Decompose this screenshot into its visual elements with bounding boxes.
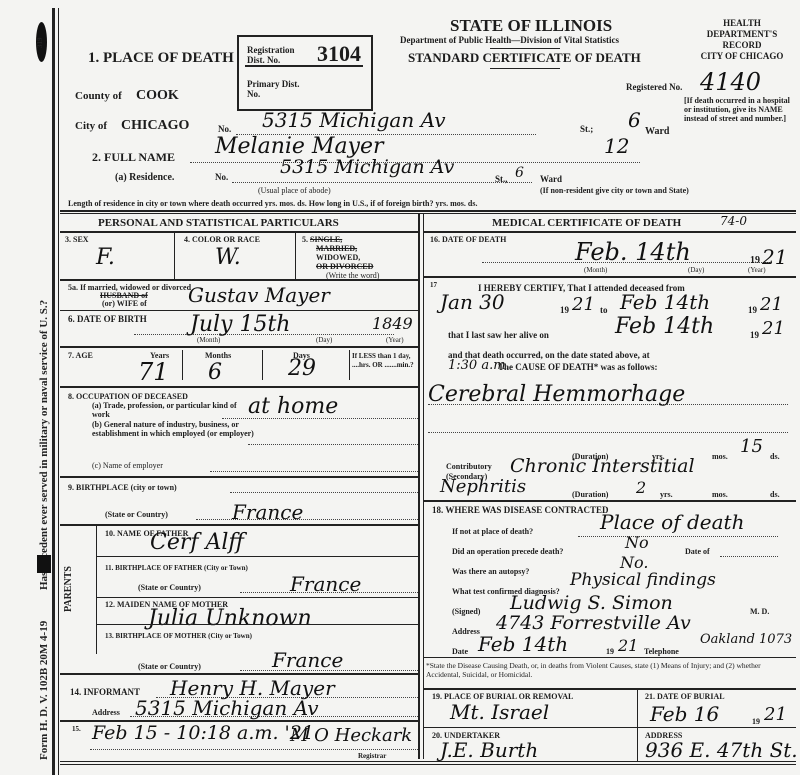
- residence-no-label: No.: [215, 172, 228, 182]
- dotted-line: [578, 536, 778, 537]
- signed-label: (Signed): [452, 607, 480, 616]
- marital-option-single: SINGLE,: [310, 235, 342, 244]
- dob-day-label: (Day): [316, 336, 332, 344]
- residence-label: (a) Residence.: [115, 172, 174, 183]
- divider: [96, 597, 418, 598]
- informant-label: 14. INFORMANT: [70, 687, 140, 697]
- registered-number: 4140: [700, 68, 761, 96]
- father-value: Cerf Alff: [150, 530, 244, 555]
- age-years: 71: [138, 358, 169, 386]
- registration-label: Registration Dist. No.: [247, 45, 302, 65]
- dotted-line: [232, 182, 532, 183]
- father-birthplace-label: 11. BIRTHPLACE OF FATHER (City or Town): [105, 564, 248, 572]
- divider: [96, 624, 418, 625]
- operation-value: No: [625, 533, 649, 552]
- race-value: W.: [215, 245, 241, 270]
- burial-place-value: Mt. Israel: [450, 700, 549, 724]
- dob-label: 6. DATE OF BIRTH: [68, 314, 147, 324]
- divider: [424, 231, 796, 233]
- dotted-line: [720, 556, 778, 557]
- full-name-extra: 12: [604, 134, 629, 158]
- county-value: COOK: [136, 88, 179, 104]
- dob-year: 1849: [372, 314, 413, 333]
- divider: [96, 524, 97, 654]
- parents-label: PARENTS: [63, 566, 74, 612]
- divider: [60, 476, 418, 478]
- dod-label: 16. DATE OF DEATH: [430, 235, 506, 244]
- sex-value: F.: [96, 245, 115, 270]
- burial-date-label: 21. DATE OF BURIAL: [645, 692, 725, 701]
- attended-from: Jan 30: [440, 290, 505, 314]
- birthplace-label: 9. BIRTHPLACE (city or town): [68, 483, 177, 492]
- full-name-label: 2. FULL NAME: [92, 150, 175, 165]
- item-17-number: 17: [430, 281, 437, 289]
- place-of-death-label: 1. PLACE OF DEATH: [88, 50, 234, 67]
- dob-year-label: (Year): [386, 336, 404, 344]
- mother-birthplace-value: France: [272, 648, 343, 672]
- record-line: RECORD: [690, 40, 794, 51]
- record-line: HEALTH: [690, 18, 794, 29]
- dotted-line: [210, 471, 418, 472]
- filed-value: Feb 15 - 10:18 a.m. '21: [92, 722, 314, 744]
- city-value: CHICAGO: [121, 118, 189, 134]
- duration-secondary-yrs: yrs.: [660, 490, 673, 499]
- physician-address: 4743 Forrestville Av: [496, 612, 691, 634]
- divider: [182, 350, 183, 380]
- dotted-line: [230, 492, 418, 493]
- duration-secondary-label: (Duration): [572, 490, 608, 499]
- divider: [60, 279, 418, 281]
- dod-year-label: (Year): [748, 266, 766, 274]
- physician-date-label: Date: [452, 647, 468, 656]
- telephone-label: Telephone: [644, 647, 679, 656]
- divider: [174, 231, 175, 279]
- cause-footnote: *State the Disease Causing Death, or, in…: [426, 661, 796, 679]
- residence-value: 5315 Michigan Av: [280, 156, 454, 178]
- marital-status-options: 5. SINGLE, MARRIED, WIDOWED, OR DIVORCED…: [302, 235, 379, 280]
- last-saw-label: that I last saw her alive on: [448, 330, 549, 340]
- dod-month-label: (Month): [584, 266, 607, 274]
- signed-value: Ludwig S. Simon: [510, 592, 673, 614]
- county-label: County of: [75, 90, 122, 102]
- marital-option-widowed: WIDOWED,: [302, 253, 360, 262]
- divider: [424, 500, 796, 502]
- duration-mos-label: mos.: [712, 452, 728, 461]
- marital-option-married: MARRIED,: [302, 244, 357, 253]
- mother-value: Julia Unknown: [148, 606, 312, 631]
- mother-birthplace-state-label: (State or Country): [138, 662, 201, 671]
- divider: [490, 48, 560, 49]
- occupation-label: 8. OCCUPATION OF DECEASED: [68, 392, 188, 401]
- last-saw-year-prefix: 19: [750, 330, 759, 340]
- informant-address: 5315 Michigan Av: [135, 696, 319, 720]
- undertaker-address: 936 E. 47th St.: [645, 738, 798, 762]
- attended-to-year: 21: [760, 294, 783, 315]
- occupation-c-label: (c) Name of employer: [92, 461, 163, 470]
- dob-value: July 15th: [190, 312, 290, 337]
- divider: [424, 688, 796, 690]
- health-dept-record: HEALTH DEPARTMENT'S RECORD CITY OF CHICA…: [690, 18, 794, 62]
- divider: [349, 350, 350, 380]
- place-no-label: No.: [218, 124, 231, 134]
- pointing-hand-icon: [37, 555, 51, 573]
- attended-from-year: 21: [572, 294, 595, 315]
- hospital-note: [If death occurred in a hospital or inst…: [684, 96, 796, 123]
- where-contracted-label: 18. WHERE WAS DISEASE CONTRACTED: [432, 505, 608, 515]
- record-line: CITY OF CHICAGO: [690, 51, 794, 62]
- father-birthplace-value: France: [290, 572, 361, 596]
- marital-option-divorced: OR DIVORCED: [302, 262, 373, 271]
- form-id: Form H. D. V. 102B 20M 4-19: [38, 621, 50, 760]
- registration-number: 3104: [317, 41, 361, 67]
- ward-label: Ward: [645, 126, 669, 137]
- spouse-label-3: (or) WIFE of: [102, 299, 147, 308]
- physician-date-year-prefix: 19: [606, 647, 614, 656]
- father-birthplace-state-label: (State or Country): [138, 583, 201, 592]
- months-label: Months: [205, 351, 231, 360]
- divider: [295, 231, 296, 279]
- to-label: to: [600, 305, 608, 315]
- burial-date-value: Feb 16: [650, 702, 719, 726]
- divider: [262, 350, 263, 380]
- contributory-value-1: Chronic Interstitial: [510, 455, 695, 477]
- nonresident-note: (If non-resident give city or town and S…: [540, 186, 689, 195]
- md-label: M. D.: [750, 607, 769, 616]
- occupation-a-label: (a) Trade, profession, or particular kin…: [92, 401, 252, 419]
- residence-ward-label: Ward: [540, 174, 562, 184]
- registrar-label: Registrar: [358, 752, 386, 760]
- spouse-value: Gustav Mayer: [188, 283, 330, 307]
- abode-note: (Usual place of abode): [258, 186, 331, 195]
- divider: [60, 673, 418, 675]
- last-saw-year: 21: [762, 318, 785, 339]
- divider: [60, 764, 796, 765]
- dotted-line: [90, 749, 418, 750]
- divider: [96, 556, 418, 557]
- divider: [424, 276, 796, 278]
- age-days: 29: [288, 356, 316, 381]
- dotted-line: [428, 432, 788, 433]
- divider: [60, 386, 418, 388]
- attended-to: Feb 14th: [620, 290, 710, 314]
- divider: [60, 310, 418, 311]
- registration-box: Registration Dist. No. 3104 Primary Dist…: [237, 35, 373, 111]
- not-place-label: If not at place of death?: [452, 527, 533, 536]
- filed-label: 15.: [72, 725, 81, 733]
- occupation-value: at home: [248, 394, 338, 419]
- divider: [60, 231, 418, 233]
- record-line: DEPARTMENT'S: [690, 29, 794, 40]
- age-label: 7. AGE: [68, 351, 93, 360]
- divider: [60, 213, 796, 214]
- residence-st-label: St.,: [495, 174, 508, 184]
- test-value: Physical findings: [570, 570, 716, 590]
- attended-to-year-prefix: 19: [748, 305, 757, 315]
- registered-no-label: Registered No.: [626, 82, 682, 92]
- dob-month-label: (Month): [197, 336, 220, 344]
- burial-year: 21: [764, 704, 787, 725]
- medical-code: 74-0: [720, 214, 747, 228]
- column-divider: [423, 214, 424, 759]
- divider: [60, 346, 418, 348]
- divider: [60, 210, 796, 212]
- dotted-line: [196, 519, 418, 520]
- certificate-title: STANDARD CERTIFICATE OF DEATH: [408, 50, 641, 66]
- sex-label: 3. SEX: [65, 235, 89, 244]
- dod-year-prefix: 19: [750, 255, 760, 266]
- margin-border-line: [52, 8, 55, 775]
- residence-ward: 6: [515, 165, 524, 181]
- informant-address-label: Address: [92, 708, 120, 717]
- operation-label: Did an operation precede death?: [452, 547, 563, 556]
- birthplace-state-label: (State or Country): [105, 510, 168, 519]
- divider: [60, 524, 418, 526]
- margin-border-line-inner: [58, 8, 59, 775]
- personal-section-title: PERSONAL AND STATISTICAL PARTICULARS: [98, 217, 339, 229]
- last-saw-value: Feb 14th: [615, 314, 714, 339]
- city-label: City of: [75, 120, 107, 132]
- date-of-label: Date of: [685, 547, 710, 556]
- divider: [245, 65, 363, 67]
- medical-section-title: MEDICAL CERTIFICATE OF DEATH: [492, 217, 681, 229]
- age-months: 6: [208, 360, 222, 385]
- military-service-question: Has decedent ever served in military or …: [38, 300, 50, 590]
- divider: [424, 657, 796, 658]
- divider: [637, 688, 638, 761]
- less-than-day-label: If LESS than 1 day, ....hrs. OR .......m…: [352, 352, 418, 370]
- cause-label: The CAUSE OF DEATH* was as follows:: [498, 362, 658, 372]
- column-divider: [418, 214, 420, 759]
- primary-dist-label: Primary Dist. No.: [247, 79, 302, 99]
- duration-secondary: 2: [636, 478, 646, 497]
- attended-from-year-prefix: 19: [560, 305, 569, 315]
- birthplace-value: France: [232, 500, 303, 524]
- autopsy-label: Was there an autopsy?: [452, 567, 529, 576]
- registrar-name: M O Heckark: [290, 725, 412, 746]
- occupation-b-label: (b) General nature of industry, business…: [92, 420, 257, 438]
- state-title: STATE OF ILLINOIS: [450, 16, 612, 36]
- dod-value: Feb. 14th: [575, 238, 691, 266]
- not-place-value: Place of death: [600, 510, 744, 534]
- undertaker-value: J.E. Burth: [440, 738, 538, 762]
- dod-day-label: (Day): [688, 266, 704, 274]
- physician-date-year: 21: [618, 636, 638, 655]
- contributory-value-2: Nephritis: [440, 476, 526, 497]
- divider: [424, 727, 796, 728]
- physician-date: Feb 14th: [478, 632, 568, 656]
- department-name: Department of Public Health—Division of …: [400, 35, 619, 45]
- duration-secondary-ds: ds.: [770, 490, 780, 499]
- divider: [490, 68, 560, 69]
- residence-length-label: Length of residence in city or town wher…: [68, 199, 477, 208]
- physician-address-label: Address: [452, 627, 480, 636]
- st-label: St.;: [580, 124, 593, 134]
- margin-top-number: 319: [36, 38, 44, 49]
- telephone-value: Oakland 1073: [700, 632, 792, 647]
- duration-secondary-mos: mos.: [712, 490, 728, 499]
- mother-birthplace-label: 13. BIRTHPLACE OF MOTHER (City or Town): [105, 632, 252, 640]
- duration-ds-label: ds.: [770, 452, 780, 461]
- dotted-line: [248, 444, 418, 445]
- place-ward: 6: [628, 108, 641, 132]
- place-street: 5315 Michigan Av: [262, 108, 446, 132]
- duration-primary: 15: [740, 436, 763, 457]
- race-label: 4. COLOR OR RACE: [184, 235, 260, 244]
- cause-value: Cerebral Hemmorhage: [428, 382, 685, 407]
- marital-prefix: 5.: [302, 235, 308, 244]
- burial-year-prefix: 19: [752, 717, 760, 726]
